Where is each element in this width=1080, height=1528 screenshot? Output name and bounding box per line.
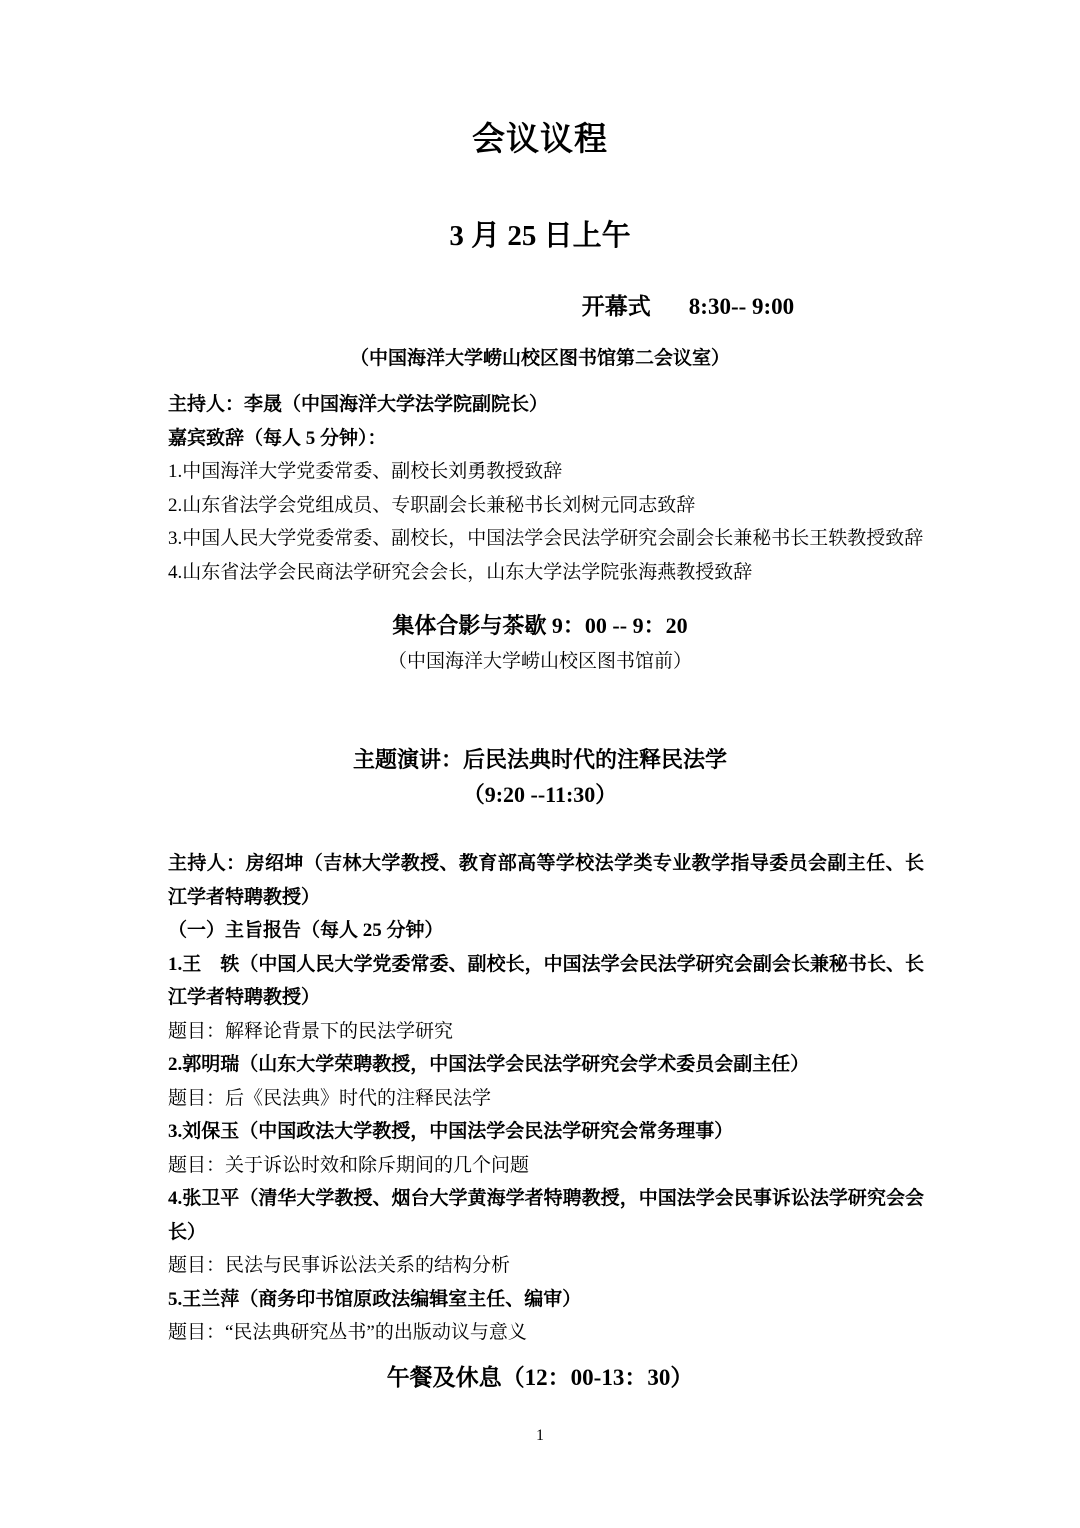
speaker-topic: 题目：“民法典研究丛书”的出版动议与意义 — [168, 1316, 924, 1350]
keynote-time: （9:20 --11:30） — [0, 782, 1080, 807]
keynote-host: 主持人：房绍坤（吉林大学教授、教育部高等学校法学类专业教学指导委员会副主任、长江… — [168, 847, 924, 914]
document-page: 会议议程 3 月 25 日上午 开幕式8:30-- 9:00 （中国海洋大学崂山… — [0, 0, 1080, 1528]
guest-speech-item: 4.山东省法学会民商法学研究会会长，山东大学法学院张海燕教授致辞 — [168, 556, 924, 590]
speaker-line: 5.王兰萍（商务印书馆原政法编辑室主任、编审） — [168, 1283, 924, 1317]
speaker-topic: 题目：解释论背景下的民法学研究 — [168, 1015, 924, 1049]
guest-speech-item: 2.山东省法学会党组成员、专职副会长兼秘书长刘树元同志致辞 — [168, 489, 924, 523]
group-photo-heading: 集体合影与茶歇 9：00 -- 9：20 — [0, 613, 1080, 638]
speaker-line: 3.刘保玉（中国政法大学教授，中国法学会民法学研究会常务理事） — [168, 1115, 924, 1149]
speaker-topic: 题目：关于诉讼时效和除斥期间的几个问题 — [168, 1149, 924, 1183]
opening-time: 8:30-- 9:00 — [689, 294, 794, 319]
speaker-topic: 题目：民法与民事诉讼法关系的结构分析 — [168, 1249, 924, 1283]
group-photo-venue: （中国海洋大学崂山校区图书馆前） — [0, 651, 1080, 673]
keynote-session-heading: （一）主旨报告（每人 25 分钟） — [168, 914, 924, 948]
keynote-heading: 主题演讲：后民法典时代的注释民法学 — [0, 747, 1080, 772]
opening-section-body: 主持人：李晟（中国海洋大学法学院副院长） 嘉宾致辞（每人 5 分钟）： 1.中国… — [168, 388, 924, 589]
date-heading: 3 月 25 日上午 — [0, 220, 1080, 252]
guest-speeches-heading: 嘉宾致辞（每人 5 分钟）： — [168, 422, 924, 456]
speaker-topic: 题目：后《民法典》时代的注释民法学 — [168, 1082, 924, 1116]
lunch-heading: 午餐及休息（12：00-13：30） — [0, 1364, 1080, 1391]
keynote-section-body: 主持人：房绍坤（吉林大学教授、教育部高等学校法学类专业教学指导委员会副主任、长江… — [168, 847, 924, 1350]
doc-title: 会议议程 — [0, 0, 1080, 158]
opening-venue: （中国海洋大学崂山校区图书馆第二会议室） — [0, 348, 1080, 370]
guest-speech-item: 1.中国海洋大学党委常委、副校长刘勇教授致辞 — [168, 455, 924, 489]
opening-host: 主持人：李晟（中国海洋大学法学院副院长） — [168, 388, 924, 422]
opening-title: 开幕式 — [582, 294, 651, 319]
speaker-line: 2.郭明瑞（山东大学荣聘教授，中国法学会民法学研究会学术委员会副主任） — [168, 1048, 924, 1082]
speaker-line: 4.张卫平（清华大学教授、烟台大学黄海学者特聘教授，中国法学会民事诉讼法学研究会… — [168, 1182, 924, 1249]
speaker-line: 1.王 轶（中国人民大学党委常委、副校长，中国法学会民法学研究会副会长兼秘书长、… — [168, 948, 924, 1015]
page-number: 1 — [0, 1427, 1080, 1445]
opening-heading-text: 开幕式8:30-- 9:00 — [582, 294, 794, 320]
guest-speech-item: 3.中国人民大学党委常委、副校长，中国法学会民法学研究会副会长兼秘书长王轶教授致… — [168, 522, 924, 556]
opening-ceremony-heading: 开幕式8:30-- 9:00 — [0, 294, 1080, 320]
